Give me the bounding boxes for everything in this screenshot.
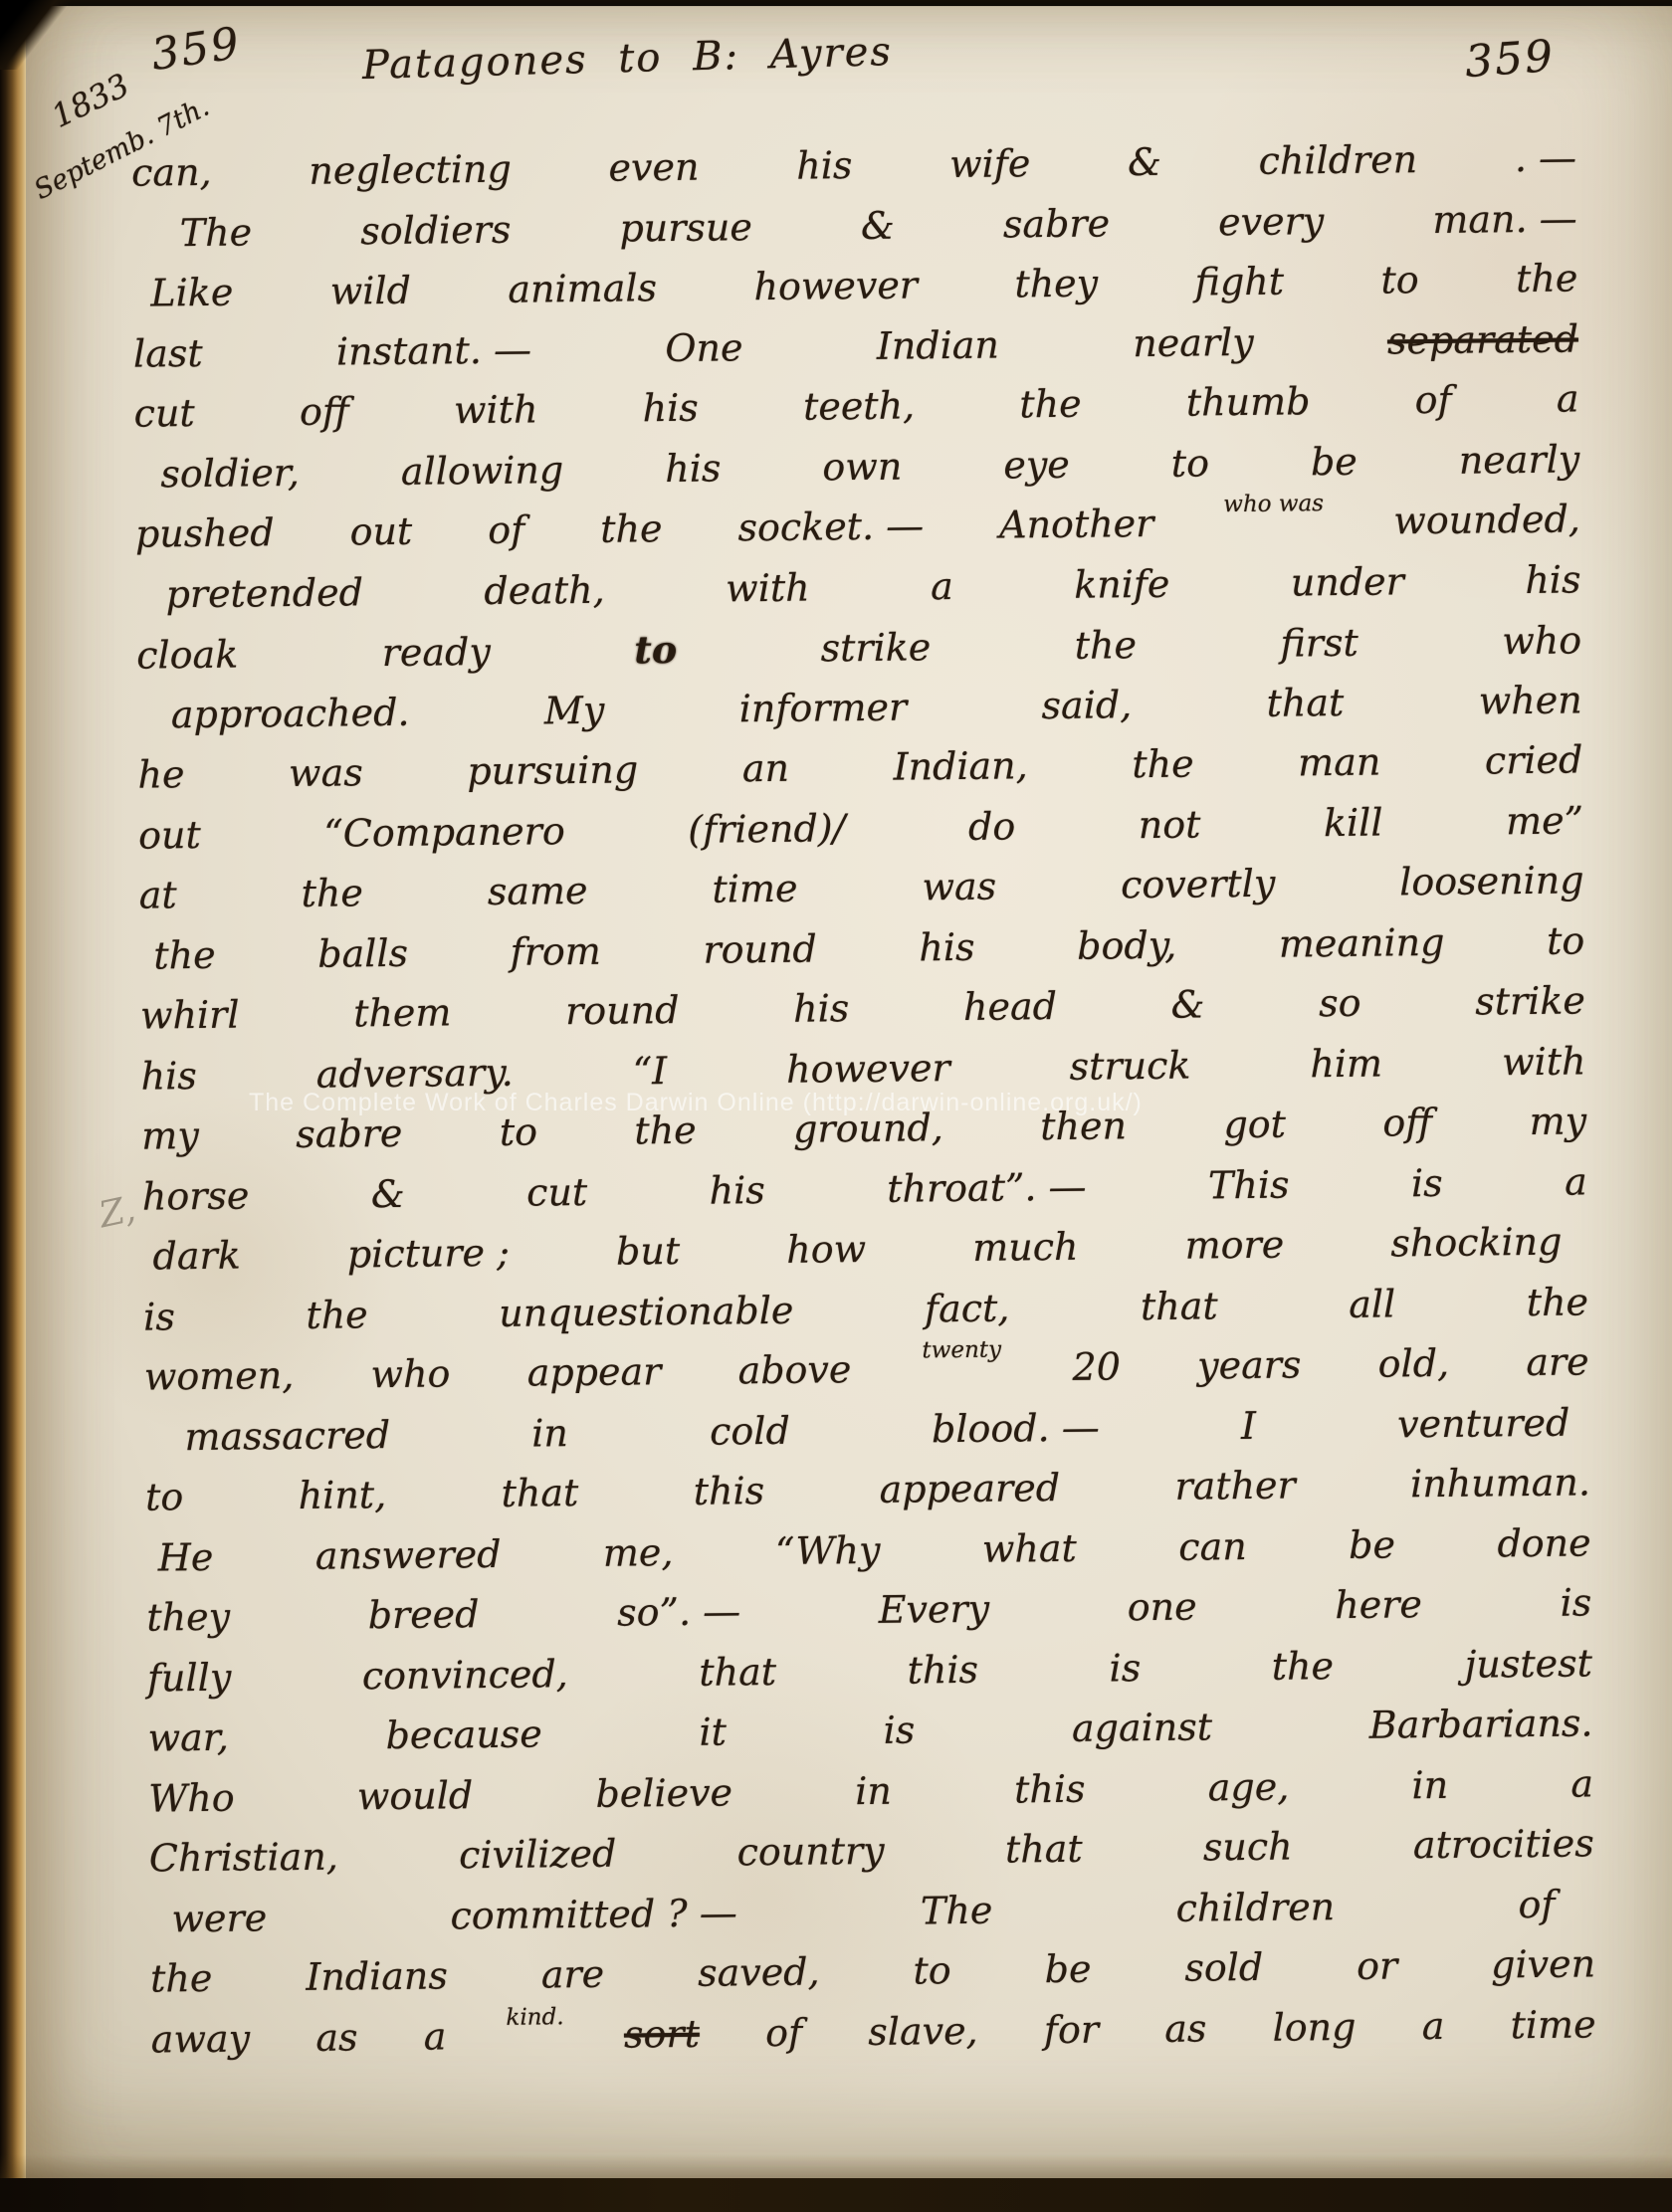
- manuscript-word: My: [544, 688, 605, 732]
- manuscript-word: his: [796, 143, 853, 188]
- manuscript-word: knife: [1074, 561, 1170, 606]
- manuscript-word: 20: [1072, 1344, 1121, 1389]
- manuscript-word: him: [1310, 1041, 1382, 1086]
- manuscript-word: kind.: [506, 2004, 563, 2031]
- page-number-left: 359: [148, 18, 244, 81]
- manuscript-word: said,: [1041, 683, 1132, 727]
- manuscript-word: his: [793, 986, 850, 1031]
- manuscript-word: the: [600, 506, 663, 551]
- manuscript-word: women,: [144, 1353, 295, 1399]
- manuscript-word: this: [693, 1469, 764, 1513]
- manuscript-word: it: [699, 1709, 727, 1753]
- manuscript-word: Indians: [306, 1953, 448, 1998]
- manuscript-word: his: [642, 386, 699, 431]
- manuscript-word: “Why: [775, 1527, 881, 1572]
- manuscript-word: wife: [949, 141, 1031, 186]
- manuscript-word: (friend)/: [688, 806, 846, 852]
- manuscript-word: One: [665, 325, 743, 370]
- manuscript-word: round: [703, 926, 817, 971]
- manuscript-word: blood. —: [932, 1405, 1100, 1451]
- manuscript-word: whirl: [140, 993, 240, 1038]
- manuscript-word: cut: [133, 391, 194, 436]
- manuscript-word: struck: [1069, 1043, 1190, 1088]
- manuscript-word: above: [737, 1347, 851, 1392]
- manuscript-word: strike: [1475, 978, 1585, 1023]
- manuscript-word: a: [423, 2014, 446, 2058]
- manuscript-word: his: [665, 446, 722, 491]
- manuscript-word: such: [1203, 1825, 1293, 1870]
- manuscript-word: can,: [131, 150, 212, 195]
- manuscript-word: man: [1298, 740, 1381, 785]
- manuscript-word: pretended: [165, 570, 363, 616]
- manuscript-word: this: [1014, 1766, 1086, 1811]
- manuscript-word: so: [1319, 981, 1361, 1025]
- manuscript-word: given: [1491, 1941, 1595, 1986]
- manuscript-word: Christian,: [149, 1835, 338, 1881]
- manuscript-word: to: [634, 627, 677, 672]
- manuscript-word: a: [1565, 1159, 1587, 1203]
- manuscript-word: as: [1164, 2006, 1207, 2050]
- manuscript-word: pursuing: [467, 747, 638, 793]
- manuscript-word: the: [1074, 623, 1137, 668]
- manuscript-word: the: [1272, 1644, 1335, 1689]
- manuscript-word: to: [1547, 918, 1585, 962]
- margin-pencil-mark: Z,: [96, 1189, 139, 1237]
- manuscript-word: massacred: [184, 1413, 390, 1459]
- manuscript-word: as: [315, 2015, 358, 2059]
- manuscript-word: who: [1502, 618, 1581, 663]
- manuscript-word: saved,: [698, 1950, 820, 1995]
- manuscript-word: me”: [1506, 798, 1583, 843]
- manuscript-word: then: [1040, 1104, 1127, 1148]
- manuscript-word: loosening: [1399, 858, 1584, 904]
- manuscript-word: his: [140, 1054, 197, 1099]
- manuscript-word: dark: [152, 1234, 241, 1279]
- manuscript-word: slave,: [868, 2008, 978, 2053]
- manuscript-word: who: [370, 1351, 450, 1396]
- book-cover-corner: [0, 0, 109, 70]
- manuscript-word: a: [1421, 2003, 1444, 2047]
- manuscript-word: round: [565, 988, 680, 1033]
- manuscript-word: socket. —: [737, 503, 924, 549]
- manuscript-word: kill: [1324, 800, 1383, 845]
- manuscript-page: 359 Patagones to B: Ayres 359 1833 Septe…: [24, 6, 1672, 2179]
- manuscript-word: of: [488, 508, 524, 552]
- manuscript-word: allowing: [401, 448, 564, 494]
- manuscript-word: head: [963, 984, 1057, 1029]
- manuscript-word: same: [488, 869, 588, 913]
- manuscript-word: The: [921, 1888, 993, 1932]
- manuscript-word: He: [157, 1534, 213, 1579]
- page-title: Patagones to B: Ayres: [361, 29, 893, 89]
- manuscript-word: out: [349, 509, 412, 554]
- manuscript-word: they: [1014, 261, 1098, 305]
- manuscript-word: ready: [381, 630, 491, 675]
- manuscript-word: “Companero: [323, 809, 565, 856]
- manuscript-word: are: [541, 1952, 605, 1997]
- manuscript-word: or: [1357, 1943, 1398, 1987]
- manuscript-word: of: [1518, 1882, 1555, 1925]
- manuscript-word: not: [1139, 802, 1201, 847]
- manuscript-word: that: [1266, 680, 1344, 724]
- manuscript-word: covertly: [1121, 862, 1276, 907]
- manuscript-word: they: [146, 1595, 230, 1640]
- manuscript-word: last: [133, 330, 203, 375]
- manuscript-word: the: [634, 1108, 697, 1153]
- manuscript-word: of: [765, 2010, 802, 2054]
- manuscript-word: the: [1527, 1280, 1589, 1324]
- manuscript-word: body,: [1077, 922, 1176, 967]
- manuscript-word: &: [861, 203, 895, 247]
- manuscript-word: when: [1478, 678, 1581, 722]
- manuscript-word: animals: [508, 266, 657, 311]
- manuscript-word: from: [510, 928, 601, 973]
- manuscript-word: cried: [1485, 737, 1583, 782]
- manuscript-word: how: [786, 1227, 866, 1272]
- manuscript-word: throat”. —: [887, 1164, 1087, 1210]
- manuscript-word: the: [301, 871, 363, 915]
- manuscript-word: to: [913, 1948, 951, 1992]
- manuscript-word: fight: [1194, 260, 1284, 304]
- manuscript-word: age,: [1208, 1764, 1290, 1809]
- manuscript-word: strike: [820, 625, 931, 670]
- manuscript-word: out: [138, 812, 201, 857]
- manuscript-word: pushed: [135, 510, 275, 555]
- manuscript-word: his: [709, 1168, 765, 1213]
- manuscript-word: hint,: [298, 1473, 386, 1517]
- manuscript-word: fact,: [925, 1286, 1010, 1330]
- manuscript-word: my: [1529, 1099, 1586, 1143]
- manuscript-word: approached.: [171, 690, 410, 736]
- manuscript-word: with: [1502, 1039, 1586, 1084]
- manuscript-word: answered: [315, 1531, 502, 1577]
- manuscript-word: can: [1178, 1523, 1247, 1568]
- manuscript-word: shocking: [1390, 1220, 1563, 1266]
- manuscript-word: soldier,: [160, 450, 300, 495]
- manuscript-word: his: [919, 924, 975, 969]
- manuscript-word: that: [1141, 1284, 1218, 1328]
- manuscript-word: to: [145, 1475, 184, 1518]
- manuscript-word: wild: [330, 269, 412, 313]
- manuscript-word: adversary.: [316, 1050, 514, 1096]
- manuscript-word: more: [1184, 1223, 1284, 1268]
- manuscript-word: death,: [484, 567, 605, 612]
- manuscript-word: cloak: [136, 633, 238, 678]
- manuscript-word: was: [289, 750, 363, 795]
- manuscript-word: be: [1311, 439, 1358, 483]
- manuscript-word: my: [141, 1113, 199, 1158]
- manuscript-word: are: [1526, 1339, 1589, 1384]
- manuscript-word: them: [353, 990, 452, 1035]
- manuscript-word: sabre: [296, 1111, 403, 1156]
- manuscript-word: ground,: [793, 1106, 943, 1151]
- manuscript-word: were: [171, 1896, 267, 1940]
- manuscript-word: committed ? —: [450, 1891, 737, 1937]
- manuscript-word: inhuman.: [1410, 1460, 1590, 1506]
- manuscript-word: off: [300, 389, 349, 434]
- manuscript-word: what: [982, 1525, 1077, 1570]
- manuscript-word: a: [1557, 376, 1579, 420]
- manuscript-word: the: [1132, 742, 1194, 787]
- manuscript-word: civilized: [459, 1832, 617, 1878]
- manuscript-word: nearly: [1459, 437, 1580, 482]
- manuscript-word: much: [972, 1225, 1079, 1270]
- manuscript-word: unquestionable: [499, 1288, 794, 1334]
- manuscript-word: with: [454, 387, 538, 432]
- manuscript-word: country: [736, 1829, 884, 1875]
- manuscript-word: separated: [1387, 316, 1578, 362]
- manuscript-word: appear: [526, 1349, 661, 1394]
- manuscript-word: who was: [1223, 491, 1324, 517]
- manuscript-word: all: [1349, 1282, 1395, 1325]
- manuscript-word: neglecting: [309, 147, 512, 193]
- manuscript-word: an: [742, 746, 790, 790]
- manuscript-word: against: [1072, 1705, 1212, 1749]
- manuscript-word: the: [153, 932, 216, 977]
- manuscript-word: is: [1109, 1646, 1141, 1690]
- manuscript-word: me,: [603, 1530, 674, 1575]
- manuscript-word: twenty: [922, 1337, 1001, 1364]
- manuscript-word: even: [608, 145, 699, 190]
- margin-note-year: 1833: [46, 66, 135, 135]
- manuscript-word: his: [1525, 557, 1581, 602]
- manuscript-word: at: [139, 873, 177, 916]
- manuscript-word: sold: [1184, 1945, 1263, 1990]
- manuscript-word: instant. —: [336, 327, 531, 373]
- manuscript-word: is: [883, 1708, 915, 1751]
- manuscript-word: rather: [1174, 1463, 1296, 1508]
- manuscript-word: I: [1241, 1403, 1256, 1447]
- manuscript-word: informer: [738, 685, 907, 730]
- manuscript-word: Who: [148, 1775, 235, 1820]
- manuscript-word: for: [1044, 2007, 1100, 2052]
- manuscript-word: Another: [999, 502, 1154, 547]
- manuscript-word: sabre: [1003, 201, 1111, 246]
- manuscript-word: . —: [1515, 135, 1577, 180]
- page-number-right: 359: [1463, 31, 1556, 88]
- manuscript-word: cold: [710, 1408, 790, 1453]
- manuscript-word: that: [501, 1471, 578, 1515]
- manuscript-word: old,: [1377, 1341, 1449, 1386]
- manuscript-word: here: [1335, 1582, 1422, 1627]
- manuscript-word: Barbarians.: [1369, 1701, 1593, 1746]
- manuscript-word: wounded,: [1393, 497, 1580, 542]
- manuscript-word: is: [1560, 1580, 1591, 1624]
- manuscript-word: got: [1223, 1103, 1286, 1147]
- manuscript-word: the: [150, 1956, 213, 2001]
- manuscript-word: so”. —: [617, 1589, 740, 1634]
- manuscript-word: thumb: [1186, 379, 1311, 424]
- manuscript-word: The: [180, 210, 253, 255]
- manuscript-word: is: [143, 1295, 175, 1338]
- manuscript-word: time: [1510, 2002, 1595, 2047]
- manuscript-word: breed: [367, 1592, 479, 1637]
- manuscript-word: done: [1497, 1520, 1591, 1565]
- manuscript-word: ventured: [1397, 1400, 1570, 1446]
- manuscript-word: time: [712, 867, 797, 911]
- manuscript-word: away: [151, 2016, 251, 2061]
- manuscript-word: in: [855, 1768, 892, 1812]
- manuscript-word: he: [137, 752, 184, 796]
- manuscript-word: however: [786, 1046, 950, 1092]
- manuscript-word: meaning: [1279, 919, 1445, 965]
- manuscript-word: justest: [1464, 1641, 1592, 1686]
- manuscript-word: eye: [1003, 442, 1070, 487]
- manuscript-word: atrocities: [1413, 1821, 1594, 1867]
- manuscript-word: long: [1272, 2004, 1356, 2049]
- manuscript-word: balls: [317, 930, 408, 975]
- manuscript-word: to: [500, 1109, 538, 1153]
- manuscript-word: to: [1171, 441, 1210, 485]
- manuscript-text: can,neglectingevenhiswife&children. —The…: [131, 135, 1596, 2077]
- manuscript-word: &: [371, 1171, 405, 1215]
- book-bottom-edge: [0, 2178, 1672, 2212]
- manuscript-word: sort: [624, 2011, 700, 2056]
- manuscript-word: children: [1175, 1885, 1335, 1930]
- manuscript-word: This: [1208, 1162, 1290, 1207]
- manuscript-word: every: [1218, 199, 1325, 244]
- manuscript-word: Every: [879, 1587, 990, 1632]
- manuscript-word: fully: [147, 1655, 232, 1700]
- manuscript-word: nearly: [1133, 319, 1254, 364]
- manuscript-word: soldiers: [360, 207, 512, 253]
- manuscript-word: &: [1170, 982, 1204, 1026]
- manuscript-word: cut: [526, 1169, 587, 1214]
- book-top-edge: [0, 0, 1672, 7]
- manuscript-word: to: [1380, 258, 1419, 302]
- manuscript-word: &: [1128, 140, 1161, 184]
- manuscript-word: convinced,: [362, 1652, 568, 1698]
- manuscript-word: “I: [632, 1049, 667, 1093]
- manuscript-word: is: [1411, 1160, 1443, 1204]
- manuscript-word: Indian: [877, 322, 1000, 367]
- manuscript-word: war,: [147, 1715, 229, 1760]
- manuscript-word: Indian,: [893, 743, 1028, 788]
- manuscript-word: because: [385, 1711, 542, 1757]
- manuscript-word: Like: [150, 271, 233, 315]
- manuscript-word: picture ;: [347, 1231, 510, 1277]
- manuscript-word: was: [922, 865, 996, 909]
- manuscript-word: the: [1516, 256, 1578, 301]
- manuscript-word: be: [1349, 1522, 1395, 1566]
- manuscript-word: would: [357, 1773, 474, 1818]
- manuscript-word: one: [1128, 1585, 1197, 1630]
- manuscript-word: own: [822, 444, 902, 489]
- manuscript-word: that: [699, 1649, 776, 1694]
- manuscript-word: first: [1280, 621, 1358, 666]
- manuscript-word: a: [931, 564, 953, 608]
- book-gilt-edge: [0, 0, 26, 2212]
- manuscript-word: of: [1414, 378, 1451, 422]
- manuscript-word: however: [753, 263, 918, 308]
- manuscript-word: do: [968, 804, 1016, 848]
- manuscript-word: in: [531, 1411, 568, 1455]
- manuscript-word: years: [1197, 1342, 1302, 1387]
- manuscript-word: with: [726, 565, 810, 610]
- manuscript-word: teeth,: [803, 383, 916, 428]
- manuscript-word: be: [1044, 1947, 1091, 1991]
- manuscript-word: man. —: [1432, 196, 1577, 242]
- manuscript-word: the: [306, 1293, 368, 1337]
- manuscript-word: in: [1411, 1762, 1448, 1806]
- manuscript-word: off: [1382, 1101, 1432, 1145]
- manuscript-word: believe: [595, 1770, 732, 1815]
- manuscript-word: pursue: [619, 205, 752, 250]
- manuscript-word: under: [1291, 559, 1404, 604]
- manuscript-word: that: [1005, 1827, 1083, 1872]
- manuscript-word: a: [1570, 1761, 1593, 1805]
- manuscript-word: appeared: [879, 1466, 1060, 1511]
- manuscript-word: but: [616, 1229, 681, 1274]
- manuscript-word: horse: [142, 1173, 250, 1218]
- manuscript-word: this: [907, 1647, 978, 1692]
- manuscript-word: the: [1019, 382, 1082, 427]
- manuscript-word: children: [1258, 137, 1417, 183]
